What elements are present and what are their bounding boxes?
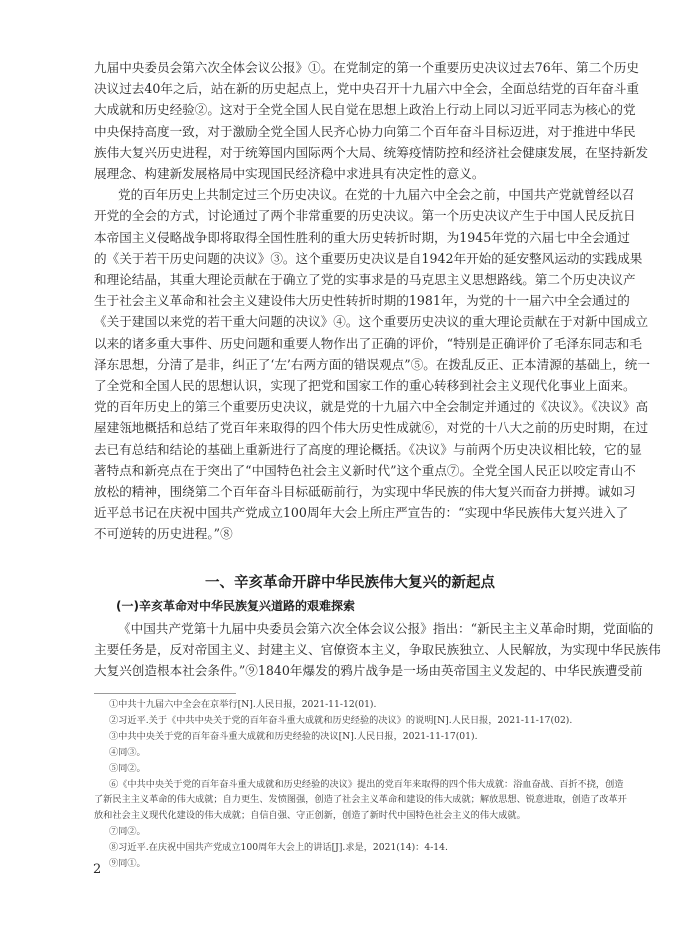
body-line: 九届中央委员会第六次全体会议公报》①。在党制定的第一个重要历史决议过去76年、第… bbox=[94, 57, 604, 78]
footnote: ④同③。 bbox=[109, 745, 604, 761]
body-line: 和理论结晶，其重大理论贡献在于确立了党的实事求是的马克思主义思想路线。第二个历史… bbox=[94, 269, 604, 290]
body-line: 大成就和历史经验②。这对于全党全国人民自觉在思想上政治上行动上同以习近平同志为核… bbox=[94, 99, 604, 120]
body-line: 泽东思想，分清了是非，纠正了‘左’右两方面的错误观点”⑤。在拨乱反正、正本清源的… bbox=[94, 354, 604, 375]
body-line: 《中国共产党第十九届中央委员会第六次全体会议公报》指出：“新民主主义革命时期，党… bbox=[118, 618, 604, 639]
body-line: 开党的全会的方式，讨论通过了两个非常重要的历史决议。第一个历史决议产生于中国人民… bbox=[94, 205, 604, 226]
body-line: 中央保持高度一致，对于激励全党全国人民齐心协力向第二个百年奋斗目标迈进，对于推进… bbox=[94, 121, 604, 142]
footnote: 了新民主主义革命的伟大成就；自力更生、发愤图强，创造了社会主义革命和建设的伟大成… bbox=[94, 792, 604, 808]
footnote: ①中共十九届六中全会在京举行[N].人民日报，2021-11-12(01). bbox=[109, 697, 604, 713]
body-line: 放松的精神，围绕第二个百年奋斗目标砥砺前行，为实现中华民族的伟大复兴而奋力拼搏。… bbox=[94, 481, 604, 502]
body-line: 《关于建国以来党的若干重大问题的决议》④。这个重要历史决议的重大理论贡献在于对新… bbox=[94, 311, 604, 332]
footnote: ⑦同②。 bbox=[109, 824, 604, 840]
body-line: 党的百年历史上的第三个重要历史决议，就是党的十九届六中全会制定并通过的《决议》。… bbox=[94, 396, 604, 417]
body-line: 了全党和全国人民的思想认识，实现了把党和国家工作的重心转移到社会主义现代化事业上… bbox=[94, 375, 604, 396]
section-heading: 一、辛亥革命开辟中华民族伟大复兴的新起点 bbox=[0, 572, 700, 594]
body-line: 生于社会主义革命和社会主义建设伟大历史性转折时期的1981年，为党的十一届六中全… bbox=[94, 290, 604, 311]
footnote: 放和社会主义现代化建设的伟大成就；自信自强、守正创新，创造了新时代中国特色社会主… bbox=[94, 808, 604, 824]
body-line: 大复兴创造根本社会条件。”⑨1840年爆发的鸦片战争是一场由英帝国主义发起的、中… bbox=[94, 660, 604, 681]
body-line: 本帝国主义侵略战争即将取得全国性胜利的重大历史转折时期，为1945年党的六届七中… bbox=[94, 227, 604, 248]
body-line: 主要任务是，反对帝国主义、封建主义、官僚资本主义，争取民族独立、人民解放，为实现… bbox=[94, 639, 604, 660]
body-line: 著特点和新亮点在于突出了“中国特色社会主义新时代”这个重点⑦。全党全国人民正以咬… bbox=[94, 460, 604, 481]
footnote: ⑧习近平.在庆祝中国共产党成立100周年大会上的讲话[J].求是，2021(14… bbox=[109, 840, 604, 856]
document-page: 九届中央委员会第六次全体会议公报》①。在党制定的第一个重要历史决议过去76年、第… bbox=[0, 0, 700, 943]
body-line: 的《关于若干历史问题的决议》③。这个重要历史决议是自1942年开始的延安整风运动… bbox=[94, 248, 604, 269]
footnote: ③中共中央关于党的百年奋斗重大成就和历史经验的决议[N].人民日报，2021-1… bbox=[109, 729, 604, 745]
footnote: ②习近平.关于《中共中央关于党的百年奋斗重大成就和历史经验的决议》的说明[N].… bbox=[109, 713, 604, 729]
body-line: 族伟大复兴历史进程，对于统筹国内国际两个大局、统筹疫情防控和经济社会健康发展，在… bbox=[94, 142, 604, 163]
footnote: ⑨同①。 bbox=[109, 856, 604, 872]
body-line: 不可逆转的历史进程。”⑧ bbox=[94, 523, 604, 544]
body-line: 屋建瓴地概括和总结了党百年来取得的四个伟大历史性成就⑥，对党的十八大之前的历史时… bbox=[94, 417, 604, 438]
page-number: 2 bbox=[93, 862, 101, 878]
footnote: ⑥《中共中央关于党的百年奋斗重大成就和历史经验的决议》提出的党百年来取得的四个伟… bbox=[109, 777, 604, 793]
footnote: ⑤同②。 bbox=[109, 761, 604, 777]
body-line: 近平总书记在庆祝中国共产党成立100周年大会上所庄严宣告的：“实现中华民族伟大复… bbox=[94, 502, 604, 523]
body-line: 决议过去40年之后，站在新的历史起点上，党中央召开十九届六中全会，全面总结党的百… bbox=[94, 78, 604, 99]
body-line: 党的百年历史上共制定过三个历史决议。在党的十九届六中全会之前，中国共产党就曾经以… bbox=[118, 184, 604, 205]
subsection-heading: (一)辛亥革命对中华民族复兴道路的艰难探索 bbox=[116, 597, 355, 615]
body-line: 展理念、构建新发展格局中实现国民经济稳中求进具有决定性的意义。 bbox=[94, 163, 604, 184]
body-line: 以来的诸多重大事件、历史问题和重要人物作出了正确的评价，“特别是正确评价了毛泽东… bbox=[94, 333, 604, 354]
body-line: 去已有总结和结论的基础上重新进行了高度的理论概括。《决议》与前两个历史决议相比较… bbox=[94, 439, 604, 460]
footnote-separator bbox=[94, 693, 236, 694]
